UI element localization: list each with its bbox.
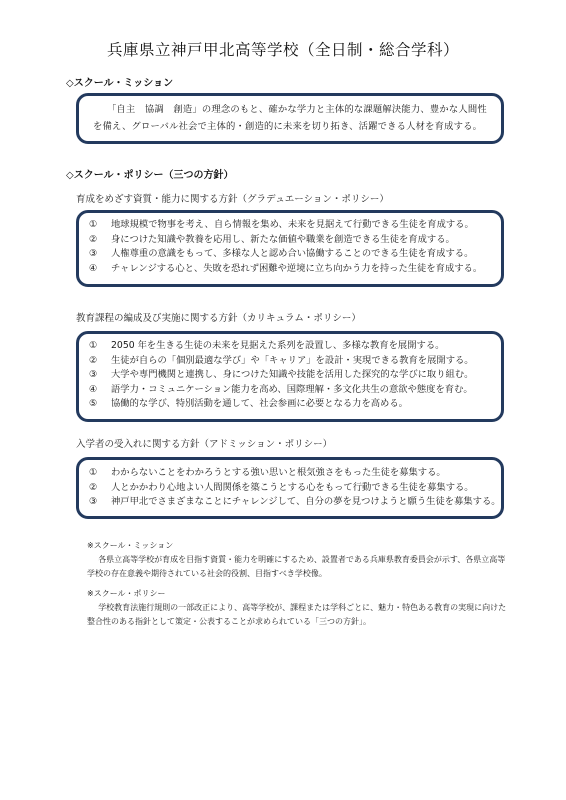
list-item: ②身につけた知識や教養を応用し、新たな価値や職業を創造できる生徒を育成する。 bbox=[89, 233, 493, 248]
item-number: ④ bbox=[89, 262, 111, 277]
list-item: ④語学力・コミュニケーション能力を高め、国際理解・多文化共生の意欲や態度を育む。 bbox=[89, 383, 493, 398]
page-title: 兵庫県立神戸甲北高等学校（全日制・総合学科） bbox=[0, 38, 566, 60]
list-item: ③人権尊重の意識をもって、多様な人と認め合い協働することのできる生徒を育成する。 bbox=[89, 247, 493, 262]
item-number: ② bbox=[89, 233, 111, 248]
policy-heading: ◇スクール・ポリシー（三つの方針） bbox=[66, 166, 234, 181]
list-item: ①2050 年を生きる生徒の未来を見据えた系列を設置し、多様な教育を展開する。 bbox=[89, 339, 493, 354]
item-text: 大学や専門機関と連携し、身につけた知識や技能を活用した探究的な学びに取り組む。 bbox=[111, 368, 473, 383]
graduation-policy-label: 育成をめざす資質・能力に関する方針（グラデュエーション・ポリシー） bbox=[76, 191, 389, 205]
item-text: 神戸甲北でさまざまなことにチャレンジして、自分の夢を見つけようと願う生徒を募集す… bbox=[111, 495, 501, 510]
graduation-policy-box: ①地球規模で物事を考え、自ら情報を集め、未来を見据えて行動できる生徒を育成する。… bbox=[76, 210, 504, 287]
list-item: ①地球規模で物事を考え、自ら情報を集め、未来を見据えて行動できる生徒を育成する。 bbox=[89, 218, 493, 233]
mission-box: 「自主 協調 創造」の理念のもと、確かな学力と主体的な課題解決能力、豊かな人間性… bbox=[76, 93, 504, 144]
item-number: ② bbox=[89, 481, 111, 496]
list-item: ③大学や専門機関と連携し、身につけた知識や技能を活用した探究的な学びに取り組む。 bbox=[89, 368, 493, 383]
item-number: ⑤ bbox=[89, 397, 111, 412]
note-mission-heading: ※スクール・ミッション bbox=[87, 540, 173, 551]
note-policy-text: 学校教育法施行規則の一部改正により、高等学校が、課程または学科ごとに、魅力・特色… bbox=[87, 601, 507, 628]
admission-policy-box: ①わからないことをわかろうとする強い思いと根気強さをもった生徒を募集する。 ②人… bbox=[76, 457, 504, 519]
list-item: ①わからないことをわかろうとする強い思いと根気強さをもった生徒を募集する。 bbox=[89, 466, 493, 481]
item-number: ① bbox=[89, 218, 111, 233]
curriculum-policy-label: 教育課程の編成及び実施に関する方針（カリキュラム・ポリシー） bbox=[76, 310, 361, 324]
item-number: ③ bbox=[89, 247, 111, 262]
item-text: 身につけた知識や教養を応用し、新たな価値や職業を創造できる生徒を育成する。 bbox=[111, 233, 455, 248]
list-item: ②人とかかわり心地よい人間関係を築こうとする心をもって行動できる生徒を募集する。 bbox=[89, 481, 493, 496]
item-number: ③ bbox=[89, 368, 111, 383]
item-number: ③ bbox=[89, 495, 111, 510]
item-number: ② bbox=[89, 354, 111, 369]
item-text: 2050 年を生きる生徒の未来を見据えた系列を設置し、多様な教育を展開する。 bbox=[111, 339, 444, 354]
list-item: ③神戸甲北でさまざまなことにチャレンジして、自分の夢を見つけようと願う生徒を募集… bbox=[89, 495, 493, 510]
item-number: ① bbox=[89, 339, 111, 354]
item-text: 語学力・コミュニケーション能力を高め、国際理解・多文化共生の意欲や態度を育む。 bbox=[111, 383, 473, 398]
item-text: 人権尊重の意識をもって、多様な人と認め合い協働することのできる生徒を育成する。 bbox=[111, 247, 473, 262]
item-number: ④ bbox=[89, 383, 111, 398]
item-number: ① bbox=[89, 466, 111, 481]
curriculum-policy-box: ①2050 年を生きる生徒の未来を見据えた系列を設置し、多様な教育を展開する。 … bbox=[76, 331, 504, 422]
item-text: 地球規模で物事を考え、自ら情報を集め、未来を見据えて行動できる生徒を育成する。 bbox=[111, 218, 474, 233]
item-text: チャレンジする心と、失敗を恐れず困難や逆境に立ち向かう力を持った生徒を育成する。 bbox=[111, 262, 482, 277]
mission-heading: ◇スクール・ミッション bbox=[66, 74, 173, 89]
note-policy-heading: ※スクール・ポリシー bbox=[87, 588, 166, 599]
item-text: 協働的な学び、特別活動を通して、社会参画に必要となる力を高める。 bbox=[111, 397, 408, 412]
list-item: ②生徒が自らの「個別最適な学び」や「キャリア」を設計・実現できる教育を展開する。 bbox=[89, 354, 493, 369]
item-text: わからないことをわかろうとする強い思いと根気強さをもった生徒を募集する。 bbox=[111, 466, 446, 481]
list-item: ④チャレンジする心と、失敗を恐れず困難や逆境に立ち向かう力を持った生徒を育成する… bbox=[89, 262, 493, 277]
item-text: 生徒が自らの「個別最適な学び」や「キャリア」を設計・実現できる教育を展開する。 bbox=[111, 354, 474, 369]
item-text: 人とかかわり心地よい人間関係を築こうとする心をもって行動できる生徒を募集する。 bbox=[111, 481, 474, 496]
note-mission-text: 各県立高等学校が育成を目指す資質・能力を明確にするため、設置者である兵庫県教育委… bbox=[87, 553, 507, 580]
list-item: ⑤協働的な学び、特別活動を通して、社会参画に必要となる力を高める。 bbox=[89, 397, 493, 412]
mission-text: 「自主 協調 創造」の理念のもと、確かな学力と主体的な課題解決能力、豊かな人間性… bbox=[93, 101, 491, 135]
admission-policy-label: 入学者の受入れに関する方針（アドミッション・ポリシー） bbox=[76, 436, 332, 450]
